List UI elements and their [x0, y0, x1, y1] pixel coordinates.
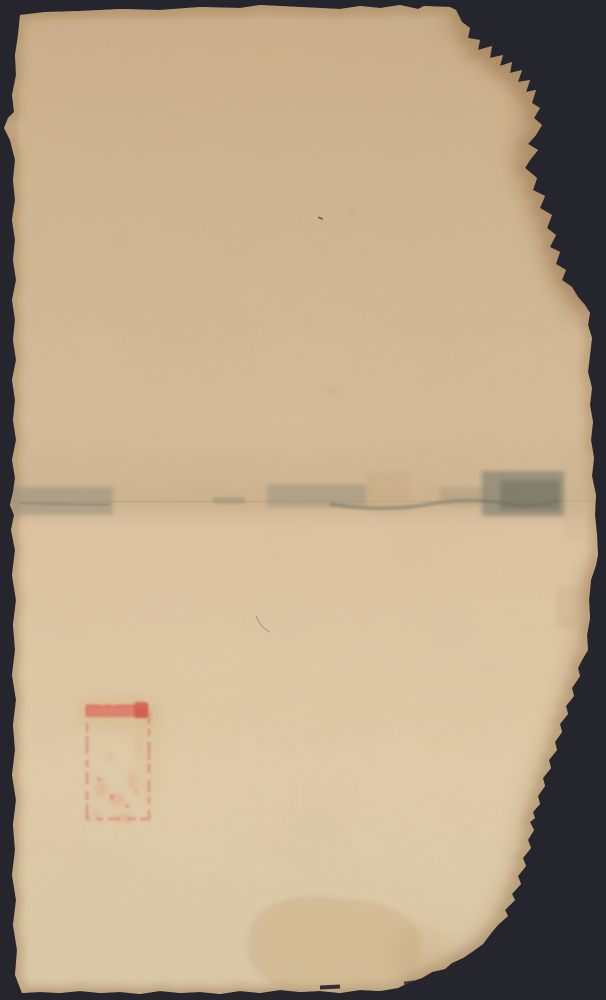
fold-smudge-right-core [500, 480, 560, 510]
fold-smudge-center [267, 484, 367, 507]
water-stain-lobe [392, 924, 448, 976]
fold-right-fade-band [563, 455, 593, 540]
seal-top-bar-blotch [134, 702, 148, 718]
paper-surface-details [0, 0, 606, 1000]
fold-smudge-tail [440, 487, 485, 505]
faint-stain-dot [327, 387, 335, 395]
tape-ghost-patch [556, 586, 592, 628]
photo-of-aged-paper-sheet [0, 0, 606, 1000]
fold-smudge-left [12, 487, 113, 515]
fold-dash-marks [213, 497, 245, 504]
faint-stain-smudge [346, 207, 358, 219]
paper-verso-photograph [0, 0, 606, 1000]
